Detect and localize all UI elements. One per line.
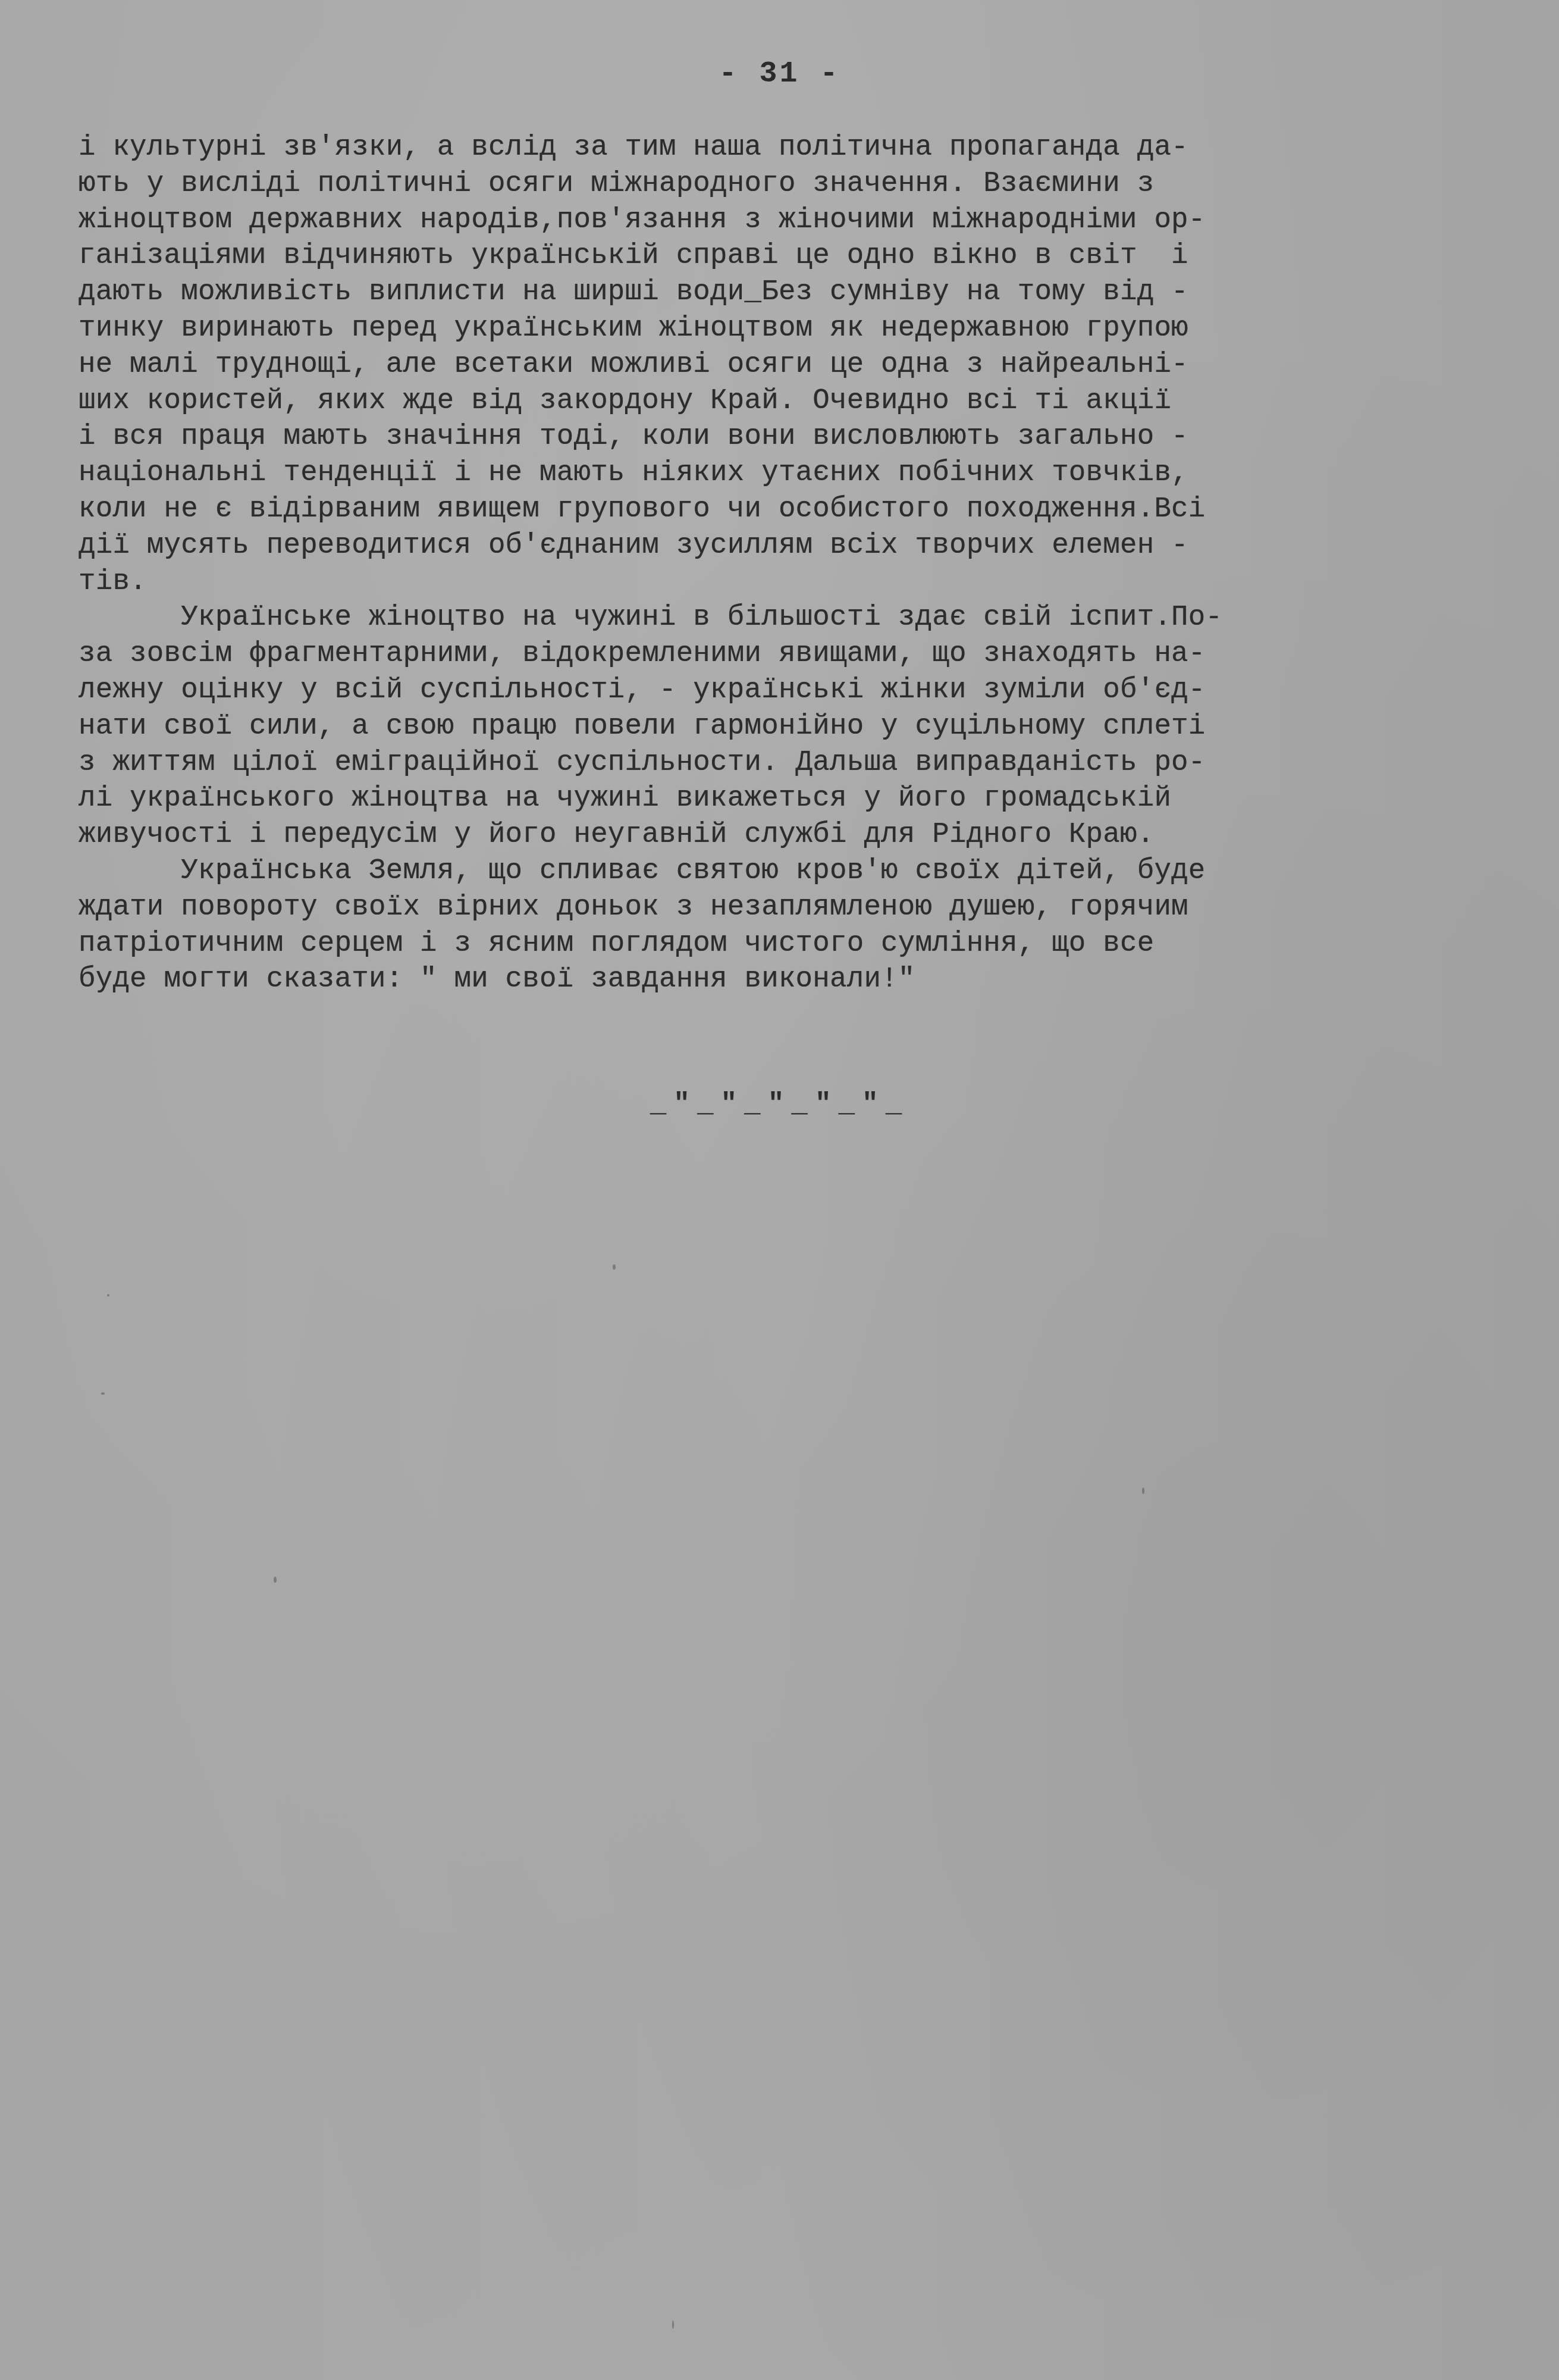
- paper-speck: [101, 1392, 105, 1395]
- document-page: - 31 - і культурні зв'язки, а вслід за т…: [0, 0, 1559, 2380]
- text-line: тинку виринають перед українським жіноцт…: [79, 311, 1506, 347]
- text-line: дають можливість виплисти на ширші води_…: [79, 274, 1506, 311]
- text-line: ждати повороту своїх вірних доньок з нез…: [79, 890, 1506, 926]
- paper-speck: [1142, 1487, 1144, 1494]
- text-line: буде могти сказати: " ми свої завдання в…: [79, 962, 1506, 998]
- text-line: ганізаціями відчиняють українській справ…: [79, 238, 1506, 274]
- text-line: за зовсім фрагментарними, відокремленими…: [79, 636, 1506, 672]
- text-line: живучості і передусім у його неугавній с…: [79, 817, 1506, 853]
- text-line: Українська Земля, що спливає святою кров…: [79, 853, 1506, 890]
- paper-speck: [107, 1294, 109, 1297]
- text-line: дії мусять переводитися об'єднаним зусил…: [79, 528, 1506, 564]
- text-line: і вся праця мають значіння тоді, коли во…: [79, 419, 1506, 455]
- text-line: патріотичним серцем і з ясним поглядом ч…: [79, 926, 1506, 962]
- text-line: ють у висліді політичні осяги міжнародно…: [79, 166, 1506, 202]
- text-line: лі українського жіноцтва на чужині викаж…: [79, 781, 1506, 817]
- paper-speck: [613, 1264, 616, 1270]
- text-line: лежну оцінку у всій суспільності, - укра…: [79, 672, 1506, 709]
- text-line: не малі труднощі, але всетаки можливі ос…: [79, 347, 1506, 383]
- page-number: - 31 -: [0, 57, 1559, 91]
- body-text: і культурні зв'язки, а вслід за тим наша…: [79, 130, 1506, 998]
- text-line: і культурні зв'язки, а вслід за тим наша…: [79, 130, 1506, 166]
- text-line: з життям цілої еміграційної суспільности…: [79, 745, 1506, 781]
- section-separator: _"_"_"_"_"_: [0, 1089, 1559, 1120]
- text-line: Українське жіноцтво на чужині в більшост…: [79, 600, 1506, 636]
- text-line: тів.: [79, 564, 1506, 600]
- text-line: ших користей, яких жде від закордону Кра…: [79, 383, 1506, 419]
- paper-speck: [672, 2320, 674, 2329]
- text-line: жіноцтвом державних народів,пов'язання з…: [79, 202, 1506, 239]
- text-line: коли не є відірваним явищем групового чи…: [79, 491, 1506, 528]
- text-line: нати свої сили, а свою працю повели гарм…: [79, 709, 1506, 745]
- text-line: національні тенденції і не мають ніяких …: [79, 455, 1506, 491]
- paper-speck: [274, 1577, 277, 1583]
